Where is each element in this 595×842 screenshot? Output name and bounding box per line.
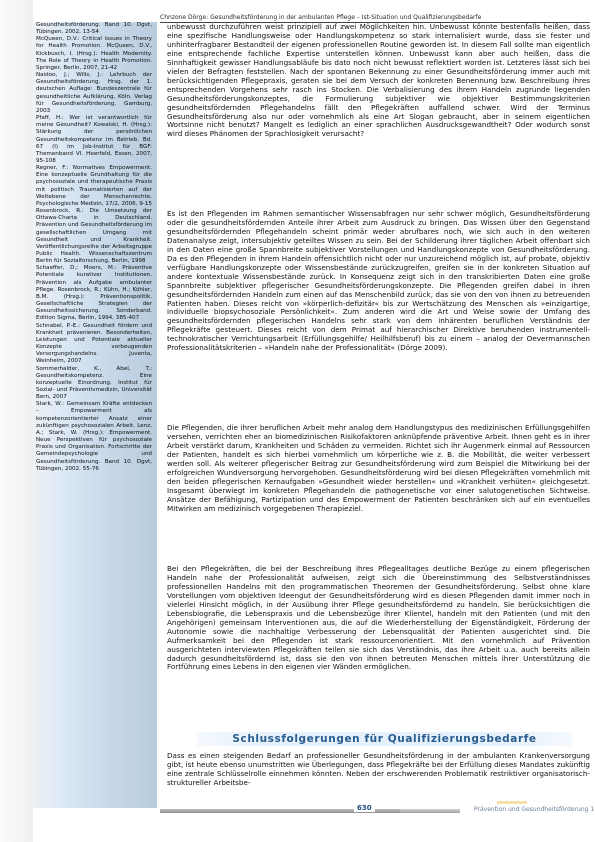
- body-paragraph-4: Bei den Pflegekräften, die bei der Besch…: [167, 565, 590, 672]
- body-paragraph-2: Es ist den Pflegenden im Rahmen semantis…: [167, 210, 590, 353]
- page-number: 630: [354, 804, 375, 812]
- reference-list: Gesundheitsförderung. Band 10. Dgvt, Tüb…: [36, 22, 152, 473]
- reference-item: Schaeffer, D.; Moers, M.: Präventive Pot…: [36, 265, 152, 322]
- reference-item: Gesundheitsförderung. Band 10. Dgvt, Tüb…: [36, 22, 152, 36]
- body-paragraph-1: unbewusst durchzuführen weist prinzipiel…: [167, 23, 590, 139]
- footer-accent: [497, 801, 527, 804]
- paragraph: Es ist den Pflegenden im Rahmen semantis…: [167, 210, 590, 353]
- journal-reference: Prävention und Gesundheitsförderung 11/1…: [474, 806, 595, 813]
- page-edge: [0, 0, 33, 842]
- section-heading: Schlussfolgerungen für Qualifizierungsbe…: [197, 732, 572, 746]
- reference-item: McQueen, D.V.: Critical issues in Theory…: [36, 36, 152, 72]
- reference-item: Pfaff, H.: Wer ist verantwortlich für me…: [36, 115, 152, 165]
- reference-item: Rosenbrock, R.: Die Umsetzung der Ottawa…: [36, 208, 152, 265]
- reference-item: Stark, W.: Gemeinsam Kräfte entdecken – …: [36, 401, 152, 473]
- paragraph: Bei den Pflegekräften, die bei der Besch…: [167, 565, 590, 672]
- paragraph: Die Pflegenden, die ihrer beruflichen Ar…: [167, 424, 590, 514]
- paragraph: unbewusst durchzuführen weist prinzipiel…: [167, 23, 590, 139]
- reference-item: Sommerhalder, K., Abel, T.: Gesundheitsk…: [36, 366, 152, 402]
- reference-item: Schnabel, P.-E.: Gesundheit fördern und …: [36, 323, 152, 366]
- footer-rule-right: [400, 809, 460, 813]
- reference-item: Naidoo, J.; Wills, J.: Lehrbuch der Gesu…: [36, 72, 152, 115]
- paragraph: Dass es einen steigenden Bedarf an profe…: [167, 752, 590, 788]
- body-paragraph-3: Die Pflegenden, die ihrer beruflichen Ar…: [167, 424, 590, 514]
- section-paragraph: Dass es einen steigenden Bedarf an profe…: [167, 752, 590, 788]
- reference-item: Regner, F.: Normatives Empowerment. Eine…: [36, 165, 152, 208]
